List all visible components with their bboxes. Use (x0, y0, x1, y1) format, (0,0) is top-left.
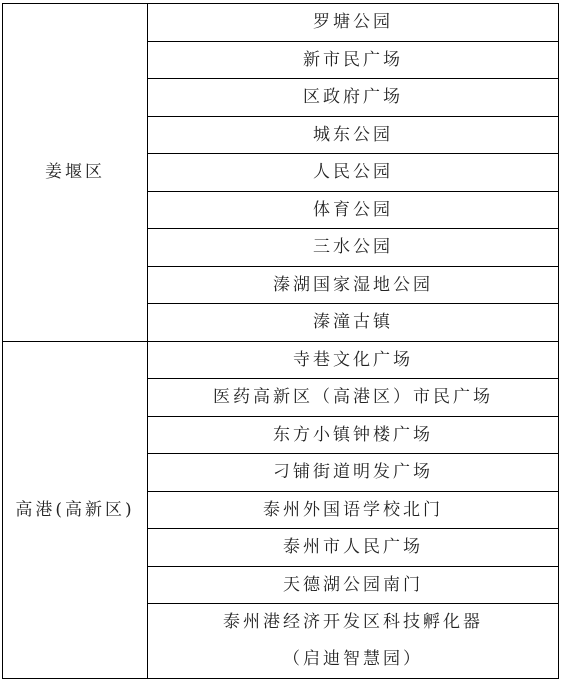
district-cell: 高港(高新区) (3, 341, 148, 679)
site-cell: 东方小镇钟楼广场 (148, 416, 559, 454)
site-cell: 溱湖国家湿地公园 (148, 266, 559, 304)
site-cell: 三水公园 (148, 229, 559, 267)
district-cell: 姜堰区 (3, 4, 148, 342)
table-row: 高港(高新区) 寺巷文化广场 (3, 341, 559, 379)
site-name-line-2: （启迪智慧园） (148, 641, 558, 678)
site-cell: 医药高新区（高港区）市民广场 (148, 379, 559, 417)
site-name-line-1: 泰州港经济开发区科技孵化器 (148, 604, 558, 641)
site-cell: 城东公园 (148, 116, 559, 154)
site-cell: 天德湖公园南门 (148, 566, 559, 604)
site-cell: 人民公园 (148, 154, 559, 192)
site-cell: 溱潼古镇 (148, 304, 559, 342)
table-row: 姜堰区 罗塘公园 (3, 4, 559, 42)
site-cell: 罗塘公园 (148, 4, 559, 42)
site-cell-two-line: 泰州港经济开发区科技孵化器 （启迪智慧园） (148, 604, 559, 679)
site-cell: 刁铺街道明发广场 (148, 454, 559, 492)
site-table: 姜堰区 罗塘公园 新市民广场 区政府广场 城东公园 人民公园 体育公园 三水公园… (2, 3, 559, 679)
site-cell: 泰州外国语学校北门 (148, 491, 559, 529)
site-cell: 体育公园 (148, 191, 559, 229)
site-cell: 寺巷文化广场 (148, 341, 559, 379)
site-cell: 新市民广场 (148, 41, 559, 79)
site-cell: 区政府广场 (148, 79, 559, 117)
site-cell: 泰州市人民广场 (148, 529, 559, 567)
